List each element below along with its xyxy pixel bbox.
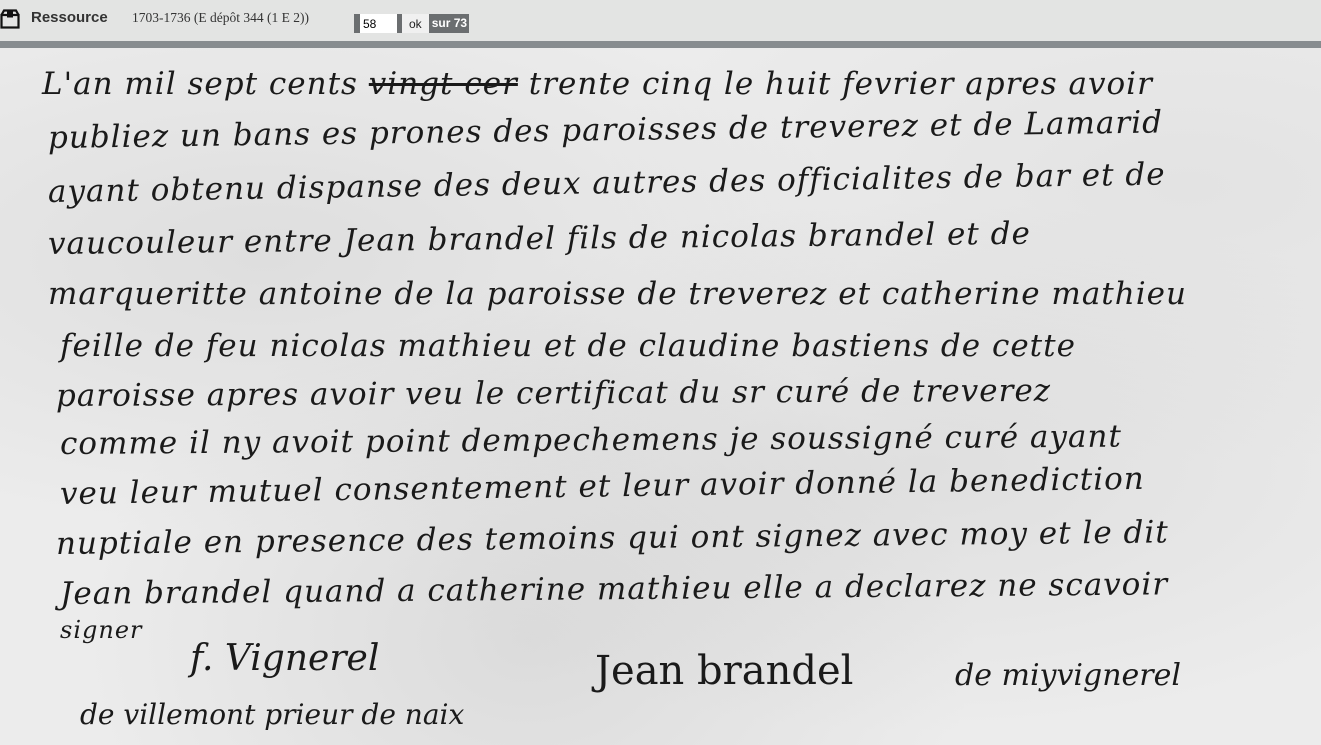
manuscript-line: L'an mil sept cents vingt cer trente cin… — [42, 66, 1153, 102]
archive-box-icon — [0, 9, 20, 29]
manuscript-line: signer — [60, 616, 143, 644]
resource-header: Ressource 1703-1736 (E dépôt 344 (1 E 2)… — [0, 0, 1321, 40]
resource-subtitle: 1703-1736 (E dépôt 344 (1 E 2)) — [132, 10, 309, 26]
page-title: Ressource — [31, 9, 108, 26]
signature: de miyvignerel — [955, 658, 1181, 693]
manuscript-line: nuptiale en presence des temoins qui ont… — [56, 514, 1169, 562]
go-to-page-button[interactable]: ok — [402, 14, 429, 33]
signature: de villemont prieur de naix — [80, 698, 464, 731]
page-number-input[interactable] — [360, 14, 397, 33]
header-divider — [0, 41, 1321, 48]
manuscript-line: marqueritte antoine de la paroisse de tr… — [48, 276, 1187, 312]
document-image-viewer[interactable]: L'an mil sept cents vingt cer trente cin… — [0, 48, 1321, 745]
manuscript-line: publiez un bans es prones des paroisses … — [48, 104, 1163, 156]
total-pages-label: sur 73 — [429, 14, 469, 33]
signature: f. Vignerel — [190, 638, 379, 679]
manuscript-line: Jean brandel quand a catherine mathieu e… — [60, 566, 1168, 612]
page-navigator: ok sur 73 — [354, 14, 469, 33]
manuscript-page: L'an mil sept cents vingt cer trente cin… — [0, 48, 1321, 745]
manuscript-line: veu leur mutuel consentement et leur avo… — [60, 461, 1145, 512]
signature: Jean brandel — [595, 648, 853, 694]
manuscript-line: comme il ny avoit point dempechemens je … — [60, 419, 1122, 462]
manuscript-line: vaucouleur entre Jean brandel fils de ni… — [48, 216, 1031, 262]
manuscript-line: paroisse apres avoir veu le certificat d… — [56, 373, 1051, 414]
manuscript-line: ayant obtenu dispanse des deux autres de… — [48, 156, 1166, 210]
manuscript-line: feille de feu nicolas mathieu et de clau… — [60, 328, 1076, 364]
